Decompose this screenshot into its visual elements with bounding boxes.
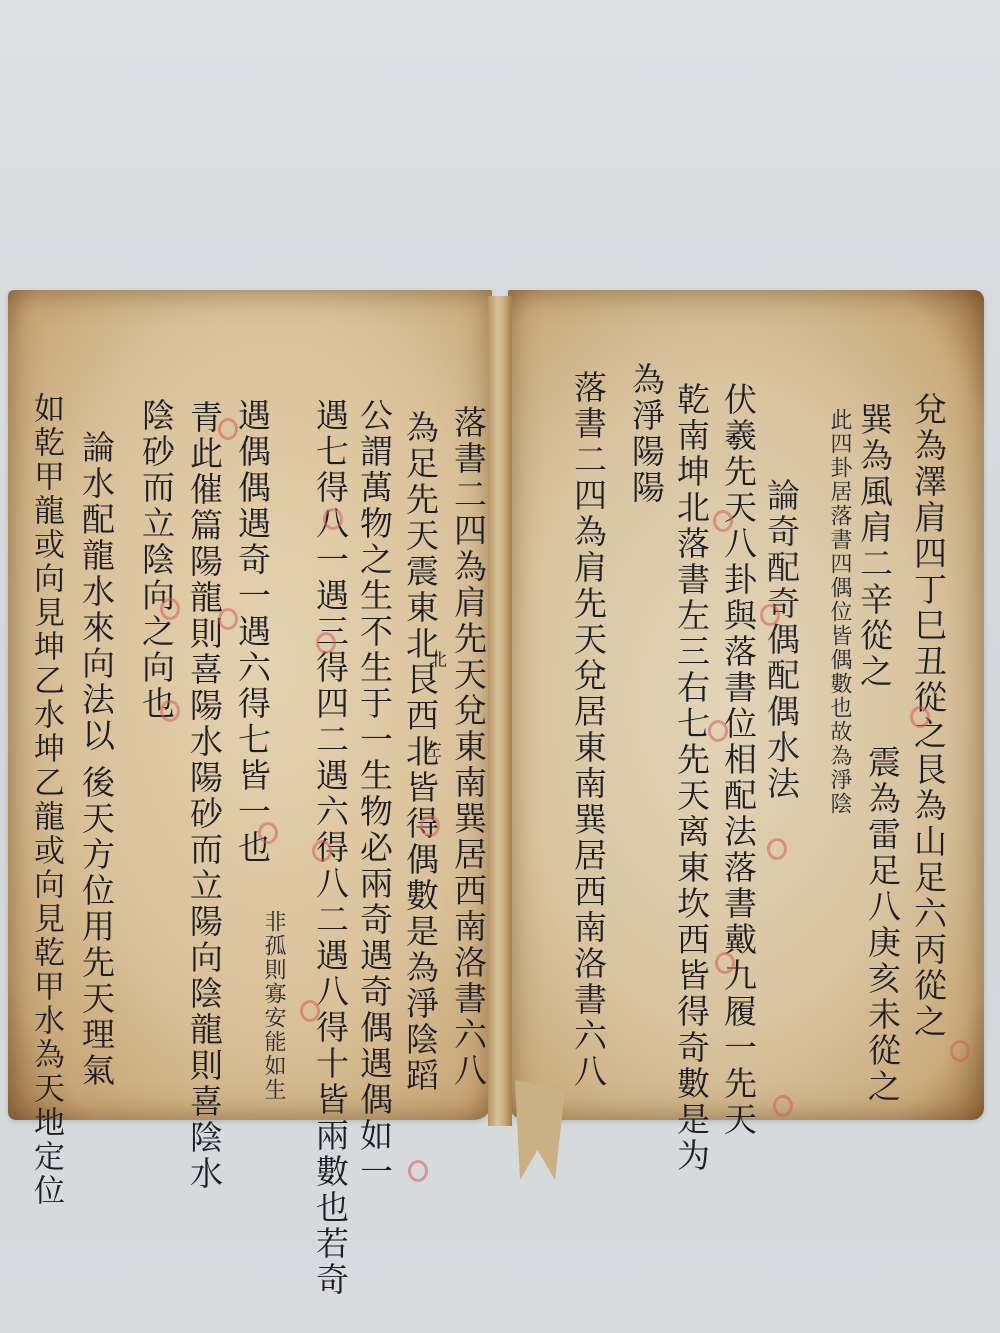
manuscript-column: 陰砂而立陰向之向也	[140, 398, 173, 722]
section-heading: 論奇配奇偶配偶水法	[765, 478, 798, 802]
red-punctuation-mark	[760, 604, 780, 626]
manuscript-column: 如乾甲龍或向見坤乙水坤乙龍或向見乾甲水為天地定位	[30, 392, 61, 1208]
manuscript-column: 公謂萬物之生不生于一生物必兩奇遇奇偶遇偶如一	[358, 398, 391, 1190]
section-heading: 論水配龍水來向法以	[80, 430, 113, 754]
manuscript-column-note: 此四卦居落書四偶位皆偶數也故為淨陰	[828, 408, 850, 816]
red-punctuation-mark	[316, 632, 336, 654]
red-punctuation-mark	[950, 1040, 970, 1062]
book-spine-gutter	[488, 296, 512, 1126]
red-punctuation-mark	[323, 508, 343, 530]
manuscript-column: 乾南坤北落書左三右七先天离東坎西皆得奇數是为	[675, 382, 708, 1174]
red-punctuation-mark	[708, 720, 728, 742]
manuscript-column: 伏羲先天八卦與落書位相配法落書戴九履一先天	[722, 382, 755, 1138]
red-punctuation-mark	[258, 822, 278, 844]
red-punctuation-mark	[420, 815, 440, 837]
manuscript-column-note: 非孤則寡安能如生	[262, 910, 284, 1102]
marginal-annotation: 北	[423, 650, 449, 668]
red-punctuation-mark	[218, 418, 238, 440]
manuscript-column: 巽為風肩二辛從之	[858, 402, 891, 690]
manuscript-column: 後天方位用先天理氣	[80, 765, 113, 1089]
red-punctuation-mark	[408, 1160, 428, 1182]
manuscript-column: 遇偶偶遇奇一遇六得七皆一也	[236, 398, 269, 866]
red-punctuation-mark	[160, 598, 180, 620]
red-punctuation-mark	[300, 1000, 320, 1022]
red-punctuation-mark	[910, 706, 930, 728]
red-punctuation-mark	[160, 700, 180, 722]
manuscript-column: 為淨陽陽	[630, 362, 663, 506]
marginal-annotation: 左	[418, 740, 444, 758]
manuscript-column: 青此催篇陽龍則喜陽水陽砂而立陽向陰龍則喜陰水	[188, 400, 221, 1192]
manuscript-column: 落書二四為肩先天兌東南巽居西南洛書六八	[452, 405, 485, 1089]
red-punctuation-mark	[767, 838, 787, 860]
manuscript-column: 落書二四為肩先天兌居東南巽居西南洛書六八	[572, 370, 605, 1090]
torn-page-fragment	[515, 1080, 565, 1180]
manuscript-column: 震為雷足八庚亥未從之	[866, 745, 899, 1105]
red-punctuation-mark	[773, 1095, 793, 1117]
red-punctuation-mark	[312, 840, 332, 862]
red-punctuation-mark	[713, 510, 733, 532]
red-punctuation-mark	[715, 952, 735, 974]
red-punctuation-mark	[218, 608, 238, 630]
